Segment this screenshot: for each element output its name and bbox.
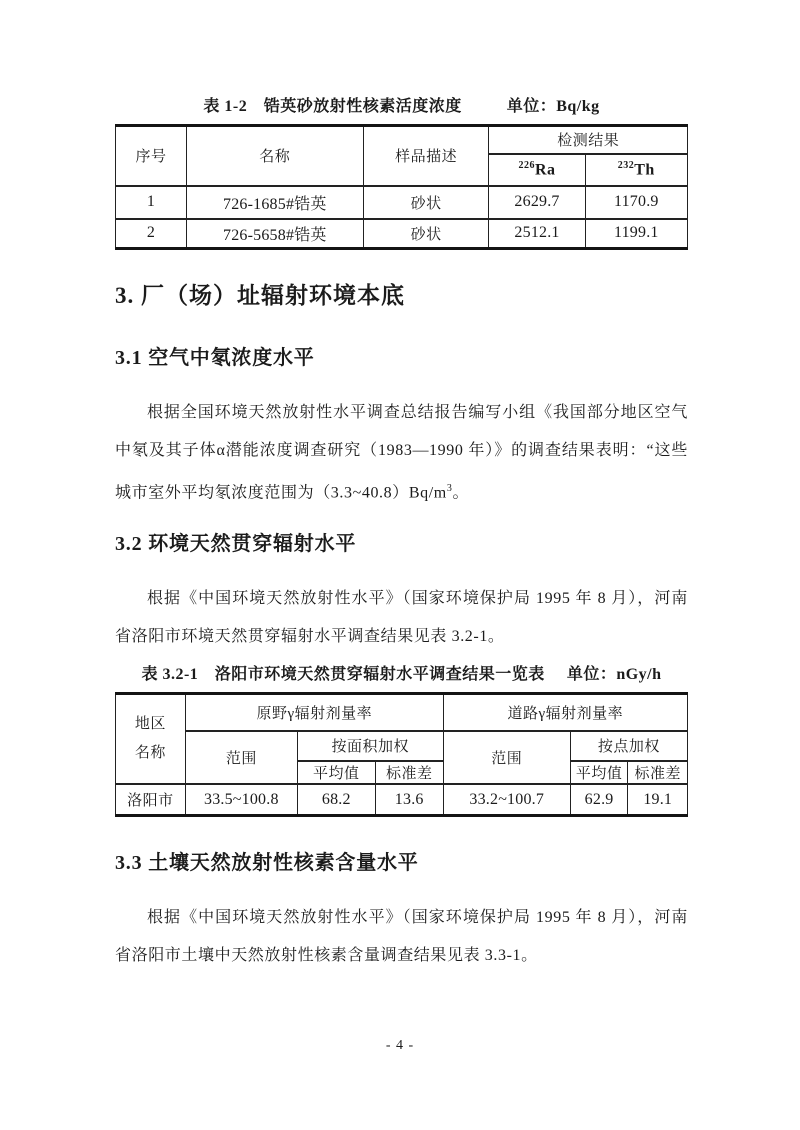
header-cell-sd-road: 标准差 bbox=[628, 761, 688, 784]
page-number: - 4 - bbox=[0, 1038, 800, 1054]
ra-mass-number: 226 bbox=[519, 160, 536, 171]
table-row: 2 726-5658#锆英 砂状 2512.1 1199.1 bbox=[116, 219, 688, 249]
header-cell-mean-road: 平均值 bbox=[570, 761, 628, 784]
table-3-2-1-title: 表 3.2-1 洛阳市环境天然贯穿辐射水平调查结果一览表 bbox=[141, 664, 544, 685]
header-cell-sample-desc: 样品描述 bbox=[363, 126, 489, 186]
cell-th: 1170.9 bbox=[585, 186, 687, 219]
ra-symbol: Ra bbox=[535, 161, 556, 178]
cell-index: 1 bbox=[116, 186, 187, 219]
table-row: 1 726-1685#锆英 砂状 2629.7 1170.9 bbox=[116, 186, 688, 219]
region-label-line1: 地区 bbox=[118, 710, 183, 739]
header-cell-th232: 232Th bbox=[585, 154, 687, 186]
header-cell-sd-field: 标准差 bbox=[375, 761, 443, 784]
document-page: 表 1-2 锆英砂放射性核素活度浓度 单位：Bq/kg 序号 名称 样品描述 检… bbox=[0, 0, 800, 1130]
header-cell-range-road: 范围 bbox=[443, 731, 570, 784]
table-1-2-caption: 表 1-2 锆英砂放射性核素活度浓度 单位：Bq/kg bbox=[115, 96, 688, 117]
section-3-3-heading: 3.3 土壤天然放射性核素含量水平 bbox=[115, 850, 688, 877]
section-3-heading: 3. 厂（场）址辐射环境本底 bbox=[115, 280, 688, 311]
cell-mean-field: 68.2 bbox=[297, 784, 375, 816]
header-cell-ra226: 226Ra bbox=[489, 154, 585, 186]
cell-sample-desc: 砂状 bbox=[363, 219, 489, 249]
header-cell-result: 检测结果 bbox=[489, 126, 688, 154]
th-mass-number: 232 bbox=[618, 160, 635, 171]
cell-index: 2 bbox=[116, 219, 187, 249]
cell-th: 1199.1 bbox=[585, 219, 687, 249]
section-3-1-heading: 3.1 空气中氡浓度水平 bbox=[115, 345, 688, 372]
cell-mean-road: 62.9 bbox=[570, 784, 628, 816]
cell-name: 726-5658#锆英 bbox=[186, 219, 363, 249]
header-cell-range-field: 范围 bbox=[185, 731, 297, 784]
document-content: 表 1-2 锆英砂放射性核素活度浓度 单位：Bq/kg 序号 名称 样品描述 检… bbox=[115, 0, 688, 975]
table-1-2: 序号 名称 样品描述 检测结果 226Ra 232Th 1 726-1685#锆… bbox=[115, 124, 688, 250]
header-cell-name: 名称 bbox=[186, 126, 363, 186]
cell-sd-road: 19.1 bbox=[628, 784, 688, 816]
table-3-2-1-header-row-1: 地区 名称 原野γ辐射剂量率 道路γ辐射剂量率 bbox=[116, 694, 688, 731]
table-3-2-1-unit: 单位：nGy/h bbox=[567, 664, 662, 685]
header-cell-mean-field: 平均值 bbox=[297, 761, 375, 784]
table-1-2-title: 表 1-2 锆英砂放射性核素活度浓度 bbox=[203, 96, 461, 117]
cell-sample-desc: 砂状 bbox=[363, 186, 489, 219]
header-cell-field-gamma: 原野γ辐射剂量率 bbox=[185, 694, 443, 731]
table-3-2-1-caption: 表 3.2-1 洛阳市环境天然贯穿辐射水平调查结果一览表 单位：nGy/h bbox=[115, 664, 688, 685]
cell-ra: 2629.7 bbox=[489, 186, 585, 219]
section-3-2-heading: 3.2 环境天然贯穿辐射水平 bbox=[115, 531, 688, 558]
table-1-2-header-row-1: 序号 名称 样品描述 检测结果 bbox=[116, 126, 688, 154]
table-row: 洛阳市 33.5~100.8 68.2 13.6 33.2~100.7 62.9… bbox=[116, 784, 688, 816]
table-3-2-1-header-row-2: 范围 按面积加权 范围 按点加权 bbox=[116, 731, 688, 761]
header-cell-point-weighted: 按点加权 bbox=[570, 731, 687, 761]
section-3-2-paragraph: 根据《中国环境天然放射性水平》（国家环境保护局 1995 年 8 月），河南省洛… bbox=[115, 580, 688, 656]
header-cell-road-gamma: 道路γ辐射剂量率 bbox=[443, 694, 687, 731]
th-symbol: Th bbox=[634, 161, 655, 178]
section-3-1-paragraph: 根据全国环境天然放射性水平调查总结报告编写小组《我国部分地区空气中氡及其子体α潜… bbox=[115, 394, 688, 512]
paragraph-text-end: 。 bbox=[452, 484, 469, 501]
cell-range-field: 33.5~100.8 bbox=[185, 784, 297, 816]
header-cell-area-weighted: 按面积加权 bbox=[297, 731, 443, 761]
cell-region: 洛阳市 bbox=[116, 784, 186, 816]
section-3-3-paragraph: 根据《中国环境天然放射性水平》（国家环境保护局 1995 年 8 月），河南省洛… bbox=[115, 899, 688, 975]
region-label-line2: 名称 bbox=[118, 739, 183, 768]
cell-name: 726-1685#锆英 bbox=[186, 186, 363, 219]
table-3-2-1: 地区 名称 原野γ辐射剂量率 道路γ辐射剂量率 范围 按面积加权 范围 按点加权… bbox=[115, 692, 688, 817]
table-1-2-unit: 单位：Bq/kg bbox=[507, 96, 600, 117]
cell-ra: 2512.1 bbox=[489, 219, 585, 249]
cell-range-road: 33.2~100.7 bbox=[443, 784, 570, 816]
cell-sd-field: 13.6 bbox=[375, 784, 443, 816]
header-cell-region: 地区 名称 bbox=[116, 694, 186, 784]
header-cell-index: 序号 bbox=[116, 126, 187, 186]
paragraph-text: 根据全国环境天然放射性水平调查总结报告编写小组《我国部分地区空气中氡及其子体α潜… bbox=[115, 404, 688, 501]
